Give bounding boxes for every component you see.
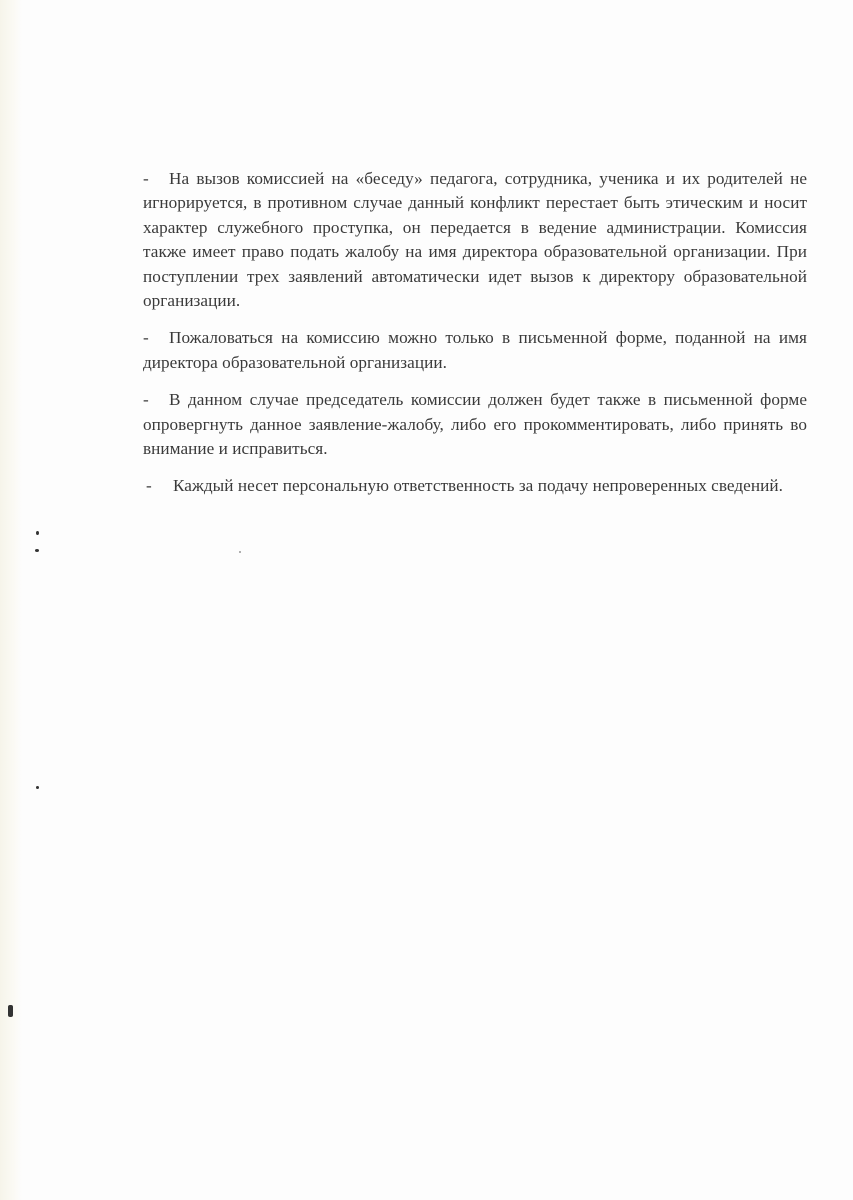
list-dash: - (143, 388, 169, 412)
paragraph-text: Пожаловаться на комиссию можно только в … (143, 328, 807, 371)
paragraph-text: Каждый несет персональную ответственност… (173, 476, 783, 495)
document-body: -На вызов комиссией на «беседу» педагога… (143, 167, 807, 512)
scan-page-edge (0, 0, 22, 1200)
paragraph-complaint-form: -Пожаловаться на комиссию можно только в… (143, 326, 807, 375)
scan-speck (36, 531, 39, 535)
scan-speck (8, 1005, 13, 1017)
paragraph-personal-responsibility: -Каждый несет персональную ответственнос… (143, 474, 807, 498)
scan-speck (239, 551, 241, 553)
list-dash: - (143, 326, 169, 350)
paragraph-commission-summons: -На вызов комиссией на «беседу» педагога… (143, 167, 807, 313)
paragraph-chairman-response: -В данном случае председатель комиссии д… (143, 388, 807, 461)
paragraph-text: В данном случае председатель комиссии до… (143, 390, 807, 458)
list-dash: - (143, 474, 173, 498)
paragraph-text: На вызов комиссией на «беседу» педагога,… (143, 169, 807, 310)
scan-speck (35, 549, 39, 552)
list-dash: - (143, 167, 169, 191)
scan-speck (36, 786, 39, 789)
